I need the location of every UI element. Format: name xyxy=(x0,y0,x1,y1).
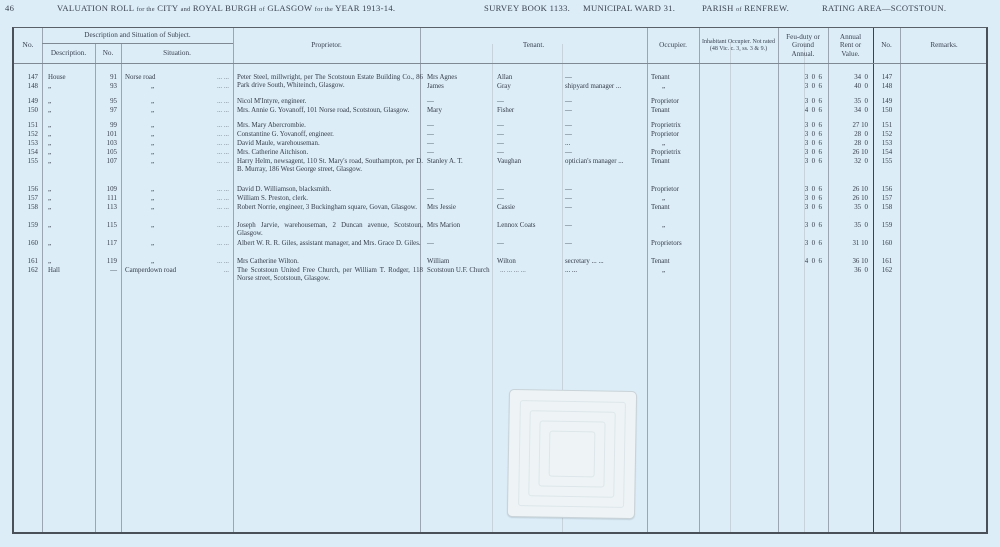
tenant-first-name: — xyxy=(427,131,434,139)
situation: „ xyxy=(151,98,154,106)
row-number-right: 151 xyxy=(876,122,898,130)
tenant-first-name: Mrs Agnes xyxy=(427,74,457,82)
proprietor: Mrs. Annie G. Yovanoff, 101 Norse road, … xyxy=(237,107,423,115)
occupier: Tenant xyxy=(651,158,670,166)
situation-dots: ... ... xyxy=(184,83,229,91)
street-number: 113 xyxy=(95,204,117,212)
col-header-street-no: No. xyxy=(95,43,121,63)
tenant-occupation: optician's manager ... xyxy=(565,158,644,166)
tenant-surname: Cassie xyxy=(497,204,515,212)
col-header-situation: Situation. xyxy=(121,43,233,63)
tenant-occupation: — xyxy=(565,186,644,194)
tenant-first-name: — xyxy=(427,122,434,130)
row-number: 161 xyxy=(16,258,38,266)
row-number: 155 xyxy=(16,158,38,166)
col-divider xyxy=(900,28,901,532)
tenant-first-name: — xyxy=(427,149,434,157)
tenant-first-name: Mrs Marion xyxy=(427,222,460,230)
street-number: 101 xyxy=(95,131,117,139)
municipal-ward: MUNICIPAL WARD 31. xyxy=(583,3,675,13)
proprietor: The Scotstoun United Free Church, per Wi… xyxy=(237,267,423,284)
row-number: 162 xyxy=(16,267,38,275)
description: „ xyxy=(48,98,92,106)
situation: Norse road xyxy=(125,74,155,82)
street-number: 119 xyxy=(95,258,117,266)
tenant-surname: — xyxy=(497,131,504,139)
situation: „ xyxy=(151,149,154,157)
col-divider xyxy=(873,28,874,532)
situation: „ xyxy=(151,131,154,139)
annual-rent: 32 0 xyxy=(830,158,868,166)
occupier: Proprietrix xyxy=(651,122,681,130)
tenant-surname: — xyxy=(497,195,504,203)
description: „ xyxy=(48,204,92,212)
feu-duty: 3 0 6 xyxy=(780,240,822,248)
tenant-first-name: — xyxy=(427,140,434,148)
occupier: Tenant xyxy=(651,204,670,212)
col-divider xyxy=(95,44,96,532)
row-number: 149 xyxy=(16,98,38,106)
tenant-occupation: ... ... xyxy=(565,267,644,275)
page-number: 46 xyxy=(5,3,14,13)
row-number-right: 153 xyxy=(876,140,898,148)
col-header-no: No. xyxy=(14,28,42,63)
tenant-occupation: — xyxy=(565,98,644,106)
col-header-inhabitant: Inhabitant Occupier. Not rated (48 Vic. … xyxy=(699,28,778,63)
col-header-proprietor: Proprietor. xyxy=(233,28,420,63)
proprietor: Mrs. Mary Abercrombie. xyxy=(237,122,423,130)
street-number: — xyxy=(95,267,117,275)
proprietor: Harry Helm, newsagent, 110 St. Mary's ro… xyxy=(237,158,423,175)
situation-dots: ... ... xyxy=(184,204,229,212)
tenant-surname: — xyxy=(497,122,504,130)
tenant-occupation: shipyard manager ... xyxy=(565,83,644,91)
tenant-first-name: James xyxy=(427,83,444,91)
tenant-first-name: Scotstoun U.F. Church xyxy=(427,267,490,275)
col-header-desc-group: Description and Situation of Subject. xyxy=(42,28,233,43)
tenant-surname: — xyxy=(497,98,504,106)
title-part: of xyxy=(736,6,742,13)
rating-area: RATING AREA—SCOTSTOUN. xyxy=(822,3,946,13)
occupier: Proprietor xyxy=(651,131,679,139)
situation: Camperdown road xyxy=(125,267,176,275)
tenant-occupation: — xyxy=(565,222,644,230)
title-part: for the xyxy=(315,6,333,13)
row-number-right: 152 xyxy=(876,131,898,139)
col-divider xyxy=(730,42,731,532)
row-number: 150 xyxy=(16,107,38,115)
occupier: „ xyxy=(662,140,665,148)
annual-rent: 40 0 xyxy=(830,83,868,91)
col-divider xyxy=(699,28,700,532)
row-number: 156 xyxy=(16,186,38,194)
feu-duty: 3 0 6 xyxy=(780,195,822,203)
col-divider xyxy=(42,28,43,532)
col-divider xyxy=(804,42,805,532)
col-header-tenant: Tenant. xyxy=(420,28,647,63)
row-number: 154 xyxy=(16,149,38,157)
tenant-occupation: — xyxy=(565,122,644,130)
tenant-occupation: — xyxy=(565,74,644,82)
tenant-first-name: — xyxy=(427,98,434,106)
tenant-surname: Wilton xyxy=(497,258,516,266)
title-part: CITY xyxy=(157,3,178,13)
row-number-right: 155 xyxy=(876,158,898,166)
street-number: 93 xyxy=(95,83,117,91)
annual-rent: 27 10 xyxy=(830,122,868,130)
proprietor: David D. Williamson, blacksmith. xyxy=(237,186,423,194)
row-number: 152 xyxy=(16,131,38,139)
description: „ xyxy=(48,222,92,230)
tenant-occupation: — xyxy=(565,149,644,157)
situation-dots: ... ... xyxy=(184,149,229,157)
proprietor: David Maule, warehouseman. xyxy=(237,140,423,148)
occupier: Proprietors xyxy=(651,240,682,248)
tenant-surname: Allan xyxy=(497,74,512,82)
situation-dots: ... ... xyxy=(184,140,229,148)
col-divider xyxy=(647,28,648,532)
street-number: 107 xyxy=(95,158,117,166)
annual-rent: 28 0 xyxy=(830,140,868,148)
annual-rent: 26 10 xyxy=(830,186,868,194)
title-part: of xyxy=(259,6,265,13)
tenant-surname: — xyxy=(497,186,504,194)
feu-duty: 3 0 6 xyxy=(780,74,822,82)
row-number-right: 161 xyxy=(876,258,898,266)
annual-rent: 36 10 xyxy=(830,258,868,266)
row-number: 157 xyxy=(16,195,38,203)
col-header-annual-rent: Annual Rent or Value. xyxy=(828,28,873,63)
tenant-occupation: — xyxy=(565,204,644,212)
situation: „ xyxy=(151,122,154,130)
valuation-table: No. Description and Situation of Subject… xyxy=(12,27,988,534)
street-number: 105 xyxy=(95,149,117,157)
situation-dots: ... ... xyxy=(184,131,229,139)
feu-duty: 3 0 6 xyxy=(780,131,822,139)
situation: „ xyxy=(151,258,154,266)
description: „ xyxy=(48,107,92,115)
street-number: 115 xyxy=(95,222,117,230)
row-number-right: 149 xyxy=(876,98,898,106)
feu-duty: 3 0 6 xyxy=(780,98,822,106)
annual-rent: 26 10 xyxy=(830,149,868,157)
col-divider xyxy=(778,28,779,532)
occupier: Proprietrix xyxy=(651,149,681,157)
row-number-right: 148 xyxy=(876,83,898,91)
col-header-remarks: Remarks. xyxy=(900,28,988,63)
tenant-occupation: — xyxy=(565,131,644,139)
situation-dots: ... ... xyxy=(184,98,229,106)
description: „ xyxy=(48,186,92,194)
proprietor: Constantine G. Yovanoff, engineer. xyxy=(237,131,423,139)
occupier: „ xyxy=(662,267,665,275)
col-divider xyxy=(828,28,829,532)
tenant-first-name: — xyxy=(427,240,434,248)
tenant-first-name: — xyxy=(427,186,434,194)
description: „ xyxy=(48,131,92,139)
street-number: 117 xyxy=(95,240,117,248)
situation-dots: ... ... xyxy=(184,158,229,166)
annual-rent: 26 10 xyxy=(830,195,868,203)
col-divider xyxy=(121,44,122,532)
row-number-right: 162 xyxy=(876,267,898,275)
proprietor: Albert W. R. R. Giles, assistant manager… xyxy=(237,240,423,248)
street-number: 91 xyxy=(95,74,117,82)
feu-duty: 3 0 6 xyxy=(780,140,822,148)
proprietor: Robert Norrie, engineer, 3 Buckingham sq… xyxy=(237,204,423,212)
title-part: VALUATION ROLL xyxy=(57,3,134,13)
annual-rent: 34 0 xyxy=(830,107,868,115)
tenant-surname: — xyxy=(497,149,504,157)
situation-dots: ... ... xyxy=(184,195,229,203)
feu-duty: 3 0 6 xyxy=(780,83,822,91)
situation: „ xyxy=(151,83,154,91)
header-bottom-rule xyxy=(14,63,986,64)
tenant-surname: Gray xyxy=(497,83,511,91)
feu-duty: 4 0 6 xyxy=(780,107,822,115)
annual-rent: 35 0 xyxy=(830,98,868,106)
proprietor: Mrs. Catherine Aitchison. xyxy=(237,149,423,157)
street-number: 111 xyxy=(95,195,117,203)
survey-book: SURVEY BOOK 1133. xyxy=(484,3,570,13)
row-number-right: 160 xyxy=(876,240,898,248)
situation-dots: ... ... xyxy=(184,240,229,248)
street-number: 97 xyxy=(95,107,117,115)
row-number-right: 147 xyxy=(876,74,898,82)
row-number-right: 154 xyxy=(876,149,898,157)
feu-duty: 3 0 6 xyxy=(780,149,822,157)
sticker-ring xyxy=(549,431,596,478)
row-number: 158 xyxy=(16,204,38,212)
title-part: for the xyxy=(136,6,154,13)
col-divider xyxy=(492,44,493,532)
tenant-occupation: secretary ... ... xyxy=(565,258,644,266)
row-number: 151 xyxy=(16,122,38,130)
situation: „ xyxy=(151,158,154,166)
tenant-surname: Fisher xyxy=(497,107,514,115)
title-part: YEAR 1913-14. xyxy=(335,3,395,13)
tenant-first-name: Stanley A. T. xyxy=(427,158,463,166)
row-number: 147 xyxy=(16,74,38,82)
occupier: Tenant xyxy=(651,74,670,82)
street-number: 109 xyxy=(95,186,117,194)
tenant-first-name: Mary xyxy=(427,107,442,115)
annual-rent: 35 0 xyxy=(830,204,868,212)
row-number-right: 150 xyxy=(876,107,898,115)
feu-duty: 3 0 6 xyxy=(780,158,822,166)
tenant-surname: — xyxy=(497,240,504,248)
situation: „ xyxy=(151,204,154,212)
situation-dots: ... xyxy=(184,267,229,275)
situation: „ xyxy=(151,140,154,148)
title-part: PARISH xyxy=(702,3,734,13)
tenant-first-name: — xyxy=(427,195,434,203)
title-part: and xyxy=(181,6,191,13)
description: „ xyxy=(48,258,92,266)
situation-dots: ... ... xyxy=(184,74,229,82)
feu-duty: 4 0 6 xyxy=(780,258,822,266)
col-header-feu-duty: Feu-duty or Ground Annual. xyxy=(778,28,828,63)
col-header-occupier: Occupier. xyxy=(647,28,699,63)
feu-duty: 3 0 6 xyxy=(780,222,822,230)
description: House xyxy=(48,74,92,82)
annual-rent: 31 10 xyxy=(830,240,868,248)
parish: PARISH of RENFREW. xyxy=(702,3,789,13)
feu-duty: 3 0 6 xyxy=(780,204,822,212)
tenant-surname: Vaughan xyxy=(497,158,521,166)
tenant-occupation: — xyxy=(565,107,644,115)
occupier: „ xyxy=(662,83,665,91)
description: Hall xyxy=(48,267,92,275)
title-part: RENFREW. xyxy=(744,3,789,13)
proprietor: Nicol M'Intyre, engineer. xyxy=(237,98,423,106)
tenant-first-name: William xyxy=(427,258,449,266)
annual-rent: 36 0 xyxy=(830,267,868,275)
feu-duty: 3 0 6 xyxy=(780,186,822,194)
situation: „ xyxy=(151,186,154,194)
row-number: 153 xyxy=(16,140,38,148)
annual-rent: 35 0 xyxy=(830,222,868,230)
occupier: „ xyxy=(662,195,665,203)
occupier: Proprietor xyxy=(651,98,679,106)
tenant-first-name: Mrs Jessie xyxy=(427,204,456,212)
row-number-right: 156 xyxy=(876,186,898,194)
title-valuation-roll: VALUATION ROLL for the CITY and ROYAL BU… xyxy=(57,3,395,13)
situation-dots: ... ... xyxy=(184,107,229,115)
page-title-line: 46 VALUATION ROLL for the CITY and ROYAL… xyxy=(0,2,1000,16)
situation: „ xyxy=(151,107,154,115)
description: „ xyxy=(48,195,92,203)
situation-dots: ... ... xyxy=(184,186,229,194)
occupier: Proprietor xyxy=(651,186,679,194)
annual-rent: 28 0 xyxy=(830,131,868,139)
col-divider xyxy=(233,28,234,532)
col-header-no-right: No. xyxy=(873,28,900,63)
description: „ xyxy=(48,122,92,130)
tenant-surname: ... ... ... ... xyxy=(500,267,526,275)
proprietor: William S. Preston, clerk. xyxy=(237,195,423,203)
occupier: Tenant xyxy=(651,107,670,115)
occupier: Tenant xyxy=(651,258,670,266)
proprietor: Peter Steel, millwright, per The Scotsto… xyxy=(237,74,423,91)
situation-dots: ... ... xyxy=(184,258,229,266)
row-number: 160 xyxy=(16,240,38,248)
title-part: GLASGOW xyxy=(267,3,312,13)
title-part: ROYAL BURGH xyxy=(193,3,257,13)
row-number: 148 xyxy=(16,83,38,91)
feu-duty: 3 0 6 xyxy=(780,122,822,130)
situation: „ xyxy=(151,195,154,203)
situation: „ xyxy=(151,240,154,248)
situation-dots: ... ... xyxy=(184,222,229,230)
tenant-occupation: — xyxy=(565,240,644,248)
tenant-occupation: — xyxy=(565,195,644,203)
situation-dots: ... ... xyxy=(184,122,229,130)
occupier: „ xyxy=(662,222,665,230)
description: „ xyxy=(48,140,92,148)
row-number-right: 158 xyxy=(876,204,898,212)
description: „ xyxy=(48,149,92,157)
situation: „ xyxy=(151,222,154,230)
col-header-description: Description. xyxy=(42,43,95,63)
description: „ xyxy=(48,240,92,248)
security-sticker xyxy=(507,389,637,519)
proprietor: Mrs Catherine Wilton. xyxy=(237,258,423,266)
description: „ xyxy=(48,83,92,91)
row-number: 159 xyxy=(16,222,38,230)
row-number-right: 159 xyxy=(876,222,898,230)
street-number: 103 xyxy=(95,140,117,148)
street-number: 99 xyxy=(95,122,117,130)
tenant-surname: — xyxy=(497,140,504,148)
street-number: 95 xyxy=(95,98,117,106)
row-number-right: 157 xyxy=(876,195,898,203)
annual-rent: 34 0 xyxy=(830,74,868,82)
tenant-occupation: ... xyxy=(565,140,644,148)
description: „ xyxy=(48,158,92,166)
tenant-surname: Lennox Coats xyxy=(497,222,535,230)
proprietor: Joseph Jarvie, warehouseman, 2 Duncan av… xyxy=(237,222,423,239)
